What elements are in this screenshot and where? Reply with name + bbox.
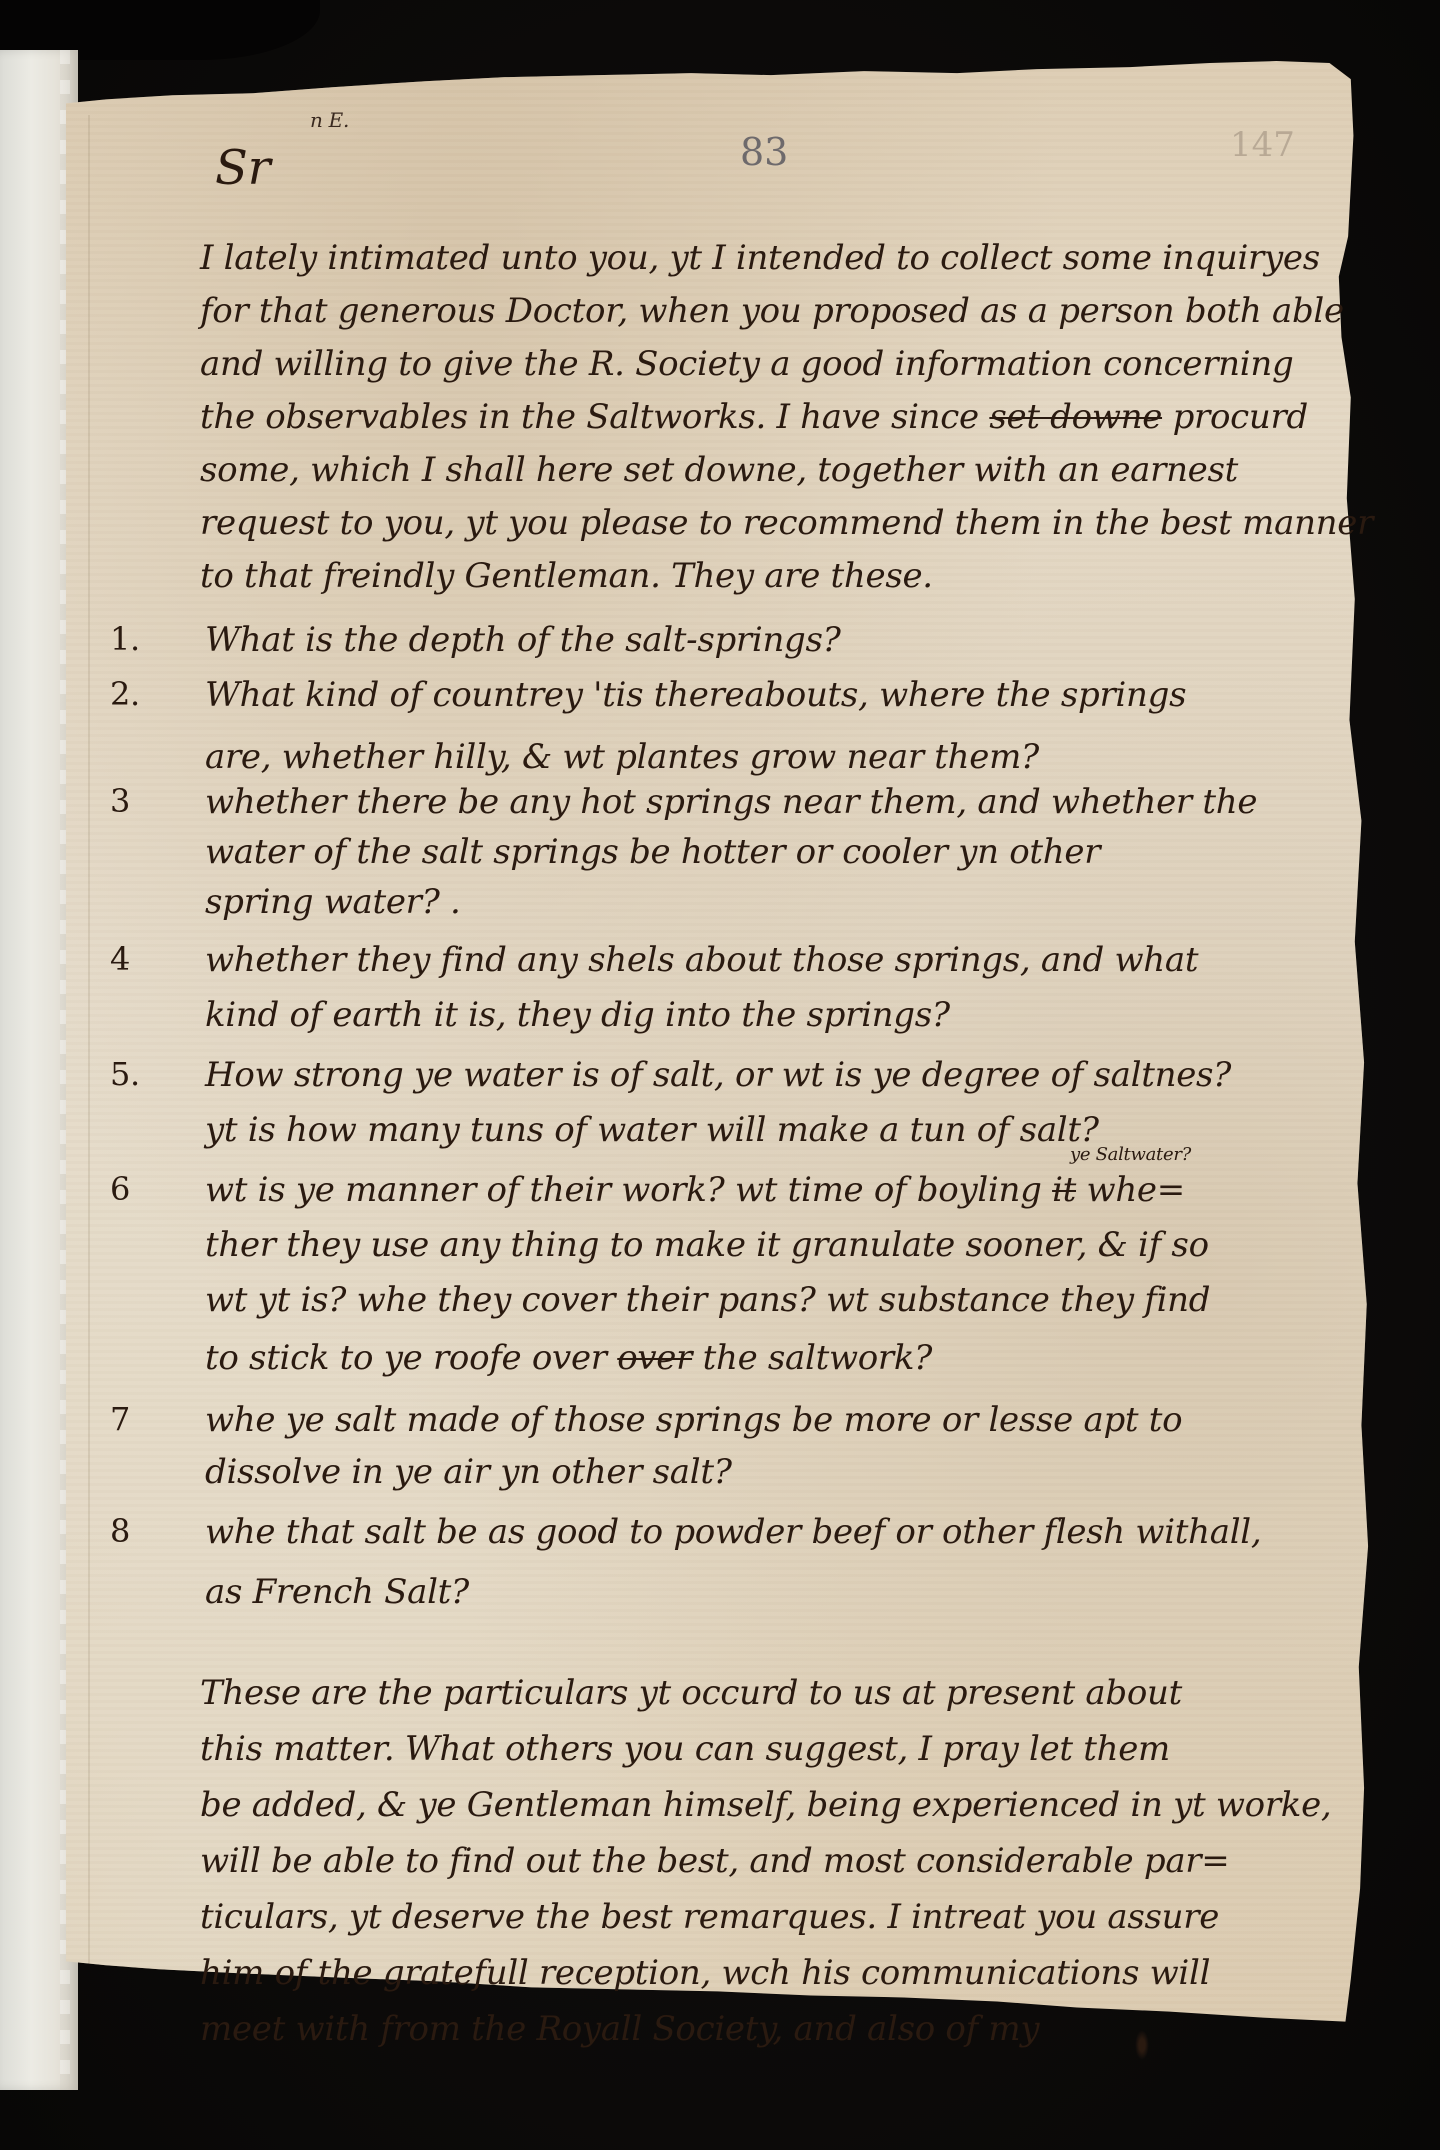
- query-line-text: to stick to ye roofe over: [205, 1338, 607, 1378]
- intro-paragraph: I lately intimated unto you, yt I intend…: [200, 232, 1350, 603]
- intro-line: some, which I shall here set downe, toge…: [200, 444, 1350, 497]
- closing-line: this matter. What others you can suggest…: [200, 1721, 1360, 1777]
- query-line: wt is ye manner of their work? wt time o…: [205, 1170, 1185, 1210]
- query-line: water of the salt springs be hotter or c…: [205, 832, 1100, 872]
- top-left-mark: n E.: [310, 108, 349, 132]
- query-line: ther they use any thing to make it granu…: [205, 1225, 1209, 1265]
- ink-blot: [1135, 2030, 1149, 2060]
- query-number: 4: [110, 940, 170, 978]
- intro-line: request to you, yt you please to recomme…: [200, 497, 1350, 550]
- query-number: 6: [110, 1170, 170, 1208]
- query-number: 1.: [110, 620, 170, 658]
- struck-text: set downe: [989, 397, 1162, 437]
- query-line-end: the saltwork?: [703, 1338, 933, 1378]
- closing-line: be added, & ye Gentleman himself, being …: [200, 1777, 1360, 1833]
- intro-line: I lately intimated unto you, yt I intend…: [200, 232, 1350, 285]
- intro-line: the observables in the Saltworks. I have…: [200, 391, 1350, 444]
- closing-line: ticulars, yt deserve the best remarques.…: [200, 1889, 1360, 1945]
- folio-number-ink: 83: [740, 130, 788, 174]
- struck-text: over: [617, 1338, 692, 1378]
- query-line: kind of earth it is, they dig into the s…: [205, 995, 950, 1035]
- interlinear-insertion: ye Saltwater?: [1070, 1144, 1191, 1165]
- intro-line-text: the observables in the Saltworks. I have…: [200, 397, 979, 437]
- folio-number-pencil: 147: [1230, 125, 1295, 165]
- closing-line: will be able to find out the best, and m…: [200, 1833, 1360, 1889]
- intro-line-end: procurd: [1173, 397, 1308, 437]
- query-line: yt is how many tuns of water will make a…: [205, 1110, 1099, 1150]
- salutation: Sr: [215, 140, 270, 196]
- closing-paragraph: These are the particulars yt occurd to u…: [200, 1665, 1360, 2057]
- query-line: What kind of countrey 'tis thereabouts, …: [205, 675, 1186, 715]
- query-number: 7: [110, 1400, 170, 1438]
- query-number: 2.: [110, 675, 170, 713]
- query-line: whether there be any hot springs near th…: [205, 782, 1257, 822]
- query-number: 3: [110, 782, 170, 820]
- query-line: whe ye salt made of those springs be mor…: [205, 1400, 1182, 1440]
- intro-line: and willing to give the R. Society a goo…: [200, 338, 1350, 391]
- intro-line: to that freindly Gentleman. They are the…: [200, 550, 1350, 603]
- closing-line: meet with from the Royall Society, and a…: [200, 2001, 1360, 2057]
- query-line: whether they find any shels about those …: [205, 940, 1198, 980]
- query-number: 5.: [110, 1055, 170, 1093]
- query-line: to stick to ye roofe over over the saltw…: [205, 1338, 932, 1378]
- query-line: as French Salt?: [205, 1572, 469, 1612]
- query-line: How strong ye water is of salt, or wt is…: [205, 1055, 1231, 1095]
- query-line: are, whether hilly, & wt plantes grow ne…: [205, 737, 1039, 777]
- closing-line: him of the gratefull reception, wch his …: [200, 1945, 1360, 2001]
- query-line: whe that salt be as good to powder beef …: [205, 1512, 1261, 1552]
- query-line-text: wt is ye manner of their work? wt time o…: [205, 1170, 1042, 1210]
- query-line-end: whe=: [1087, 1170, 1185, 1210]
- query-line: wt yt is? whe they cover their pans? wt …: [205, 1280, 1210, 1320]
- query-line: spring water? .: [205, 882, 461, 922]
- query-line: What is the depth of the salt-springs?: [205, 620, 841, 660]
- struck-text: it: [1052, 1170, 1076, 1210]
- query-line: dissolve in ye air yn other salt?: [205, 1452, 732, 1492]
- intro-line: for that generous Doctor, when you propo…: [200, 285, 1350, 338]
- gutter-crease: [88, 115, 90, 1970]
- closing-line: These are the particulars yt occurd to u…: [200, 1665, 1360, 1721]
- query-number: 8: [110, 1512, 170, 1550]
